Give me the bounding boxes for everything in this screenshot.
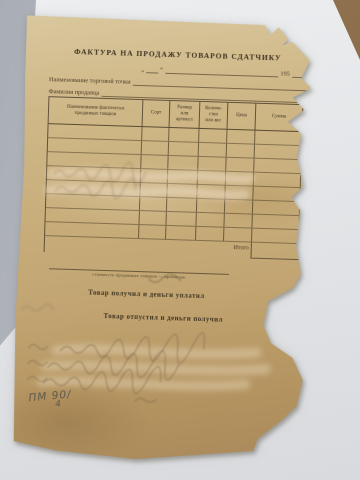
col-header-price: Цена [228,103,257,130]
table-cell-empty [227,144,255,158]
table-cell-empty [166,226,196,240]
col-header-quantity: Количе- ство или вес [200,102,229,129]
total-label: Итого [223,242,251,259]
year-prefix: 195 [280,70,290,77]
pencil-note-line2: 4 [55,400,73,410]
table-cell-empty [199,143,227,157]
field-trading-point-label: Наименование торговой точки [49,76,131,86]
table-cell-empty [253,187,300,201]
document-shadow-wrap: ФАКТУРА НА ПРОДАЖУ ТОВАРОВ СДАТЧИКУ „ “ … [11,15,327,464]
col-header-size: Размер или артикул [170,101,201,128]
photo-background: ФАКТУРА НА ПРОДАЖУ ТОВАРОВ СДАТЧИКУ „ “ … [0,0,360,480]
table-cell-empty [252,229,299,243]
year-suffix: г. [306,71,310,78]
table-cell-empty [255,131,302,145]
table-cell-empty [169,128,199,142]
invoice-document: ФАКТУРА НА ПРОДАЖУ ТОВАРОВ СДАТЧИКУ „ “ … [11,15,327,464]
table-cell-empty [166,212,196,226]
table-cell-empty [227,130,255,144]
col-header-goods-name: Наименование фактически проданных товаро… [49,97,144,126]
receipt-line-seller: Товар отпустил и деньги получил [103,313,222,324]
amount-in-words: стоимость проданных товаров — прописью [49,262,229,281]
table-cell-empty [224,228,252,242]
open-quote: „ [141,66,144,73]
total-sum-blank [251,243,298,260]
pencil-checkmark [145,271,185,288]
close-quote: “ [160,67,163,74]
table-cell-empty [142,127,169,141]
receipt-line-buyer: Товар получил и деньги уплатил [88,289,205,300]
table-cell-empty [139,225,166,239]
erased-handwriting-smudge [45,162,256,209]
year-blank [292,70,304,78]
table-cell-empty [252,215,299,229]
form-title: ФАКТУРА НА ПРОДАЖУ ТОВАРОВ СДАТЧИКУ [52,46,304,63]
table-cell-empty [196,213,224,227]
table-cell-empty [196,227,224,241]
col-header-grade: Сорт [143,100,171,127]
table-cell-empty [139,211,166,225]
margin-smudge [17,299,58,318]
date-day-blank [146,65,158,73]
table-cell-empty [199,129,227,143]
table-cell-empty [142,141,169,155]
table-cell-empty [253,201,300,215]
date-month-blank [165,66,279,78]
pencil-archive-note: ПМ 90/4 [28,390,73,411]
table-cell-empty [254,159,301,173]
table-cell-empty [254,173,301,187]
table-cell-empty [224,214,252,228]
table-cell-empty [169,142,199,156]
table-cell-empty [255,145,302,159]
field-trading-point-blank [132,78,307,91]
col-header-sum: Сумма [256,104,304,131]
date-line: „ “ 195 г. [141,65,309,78]
